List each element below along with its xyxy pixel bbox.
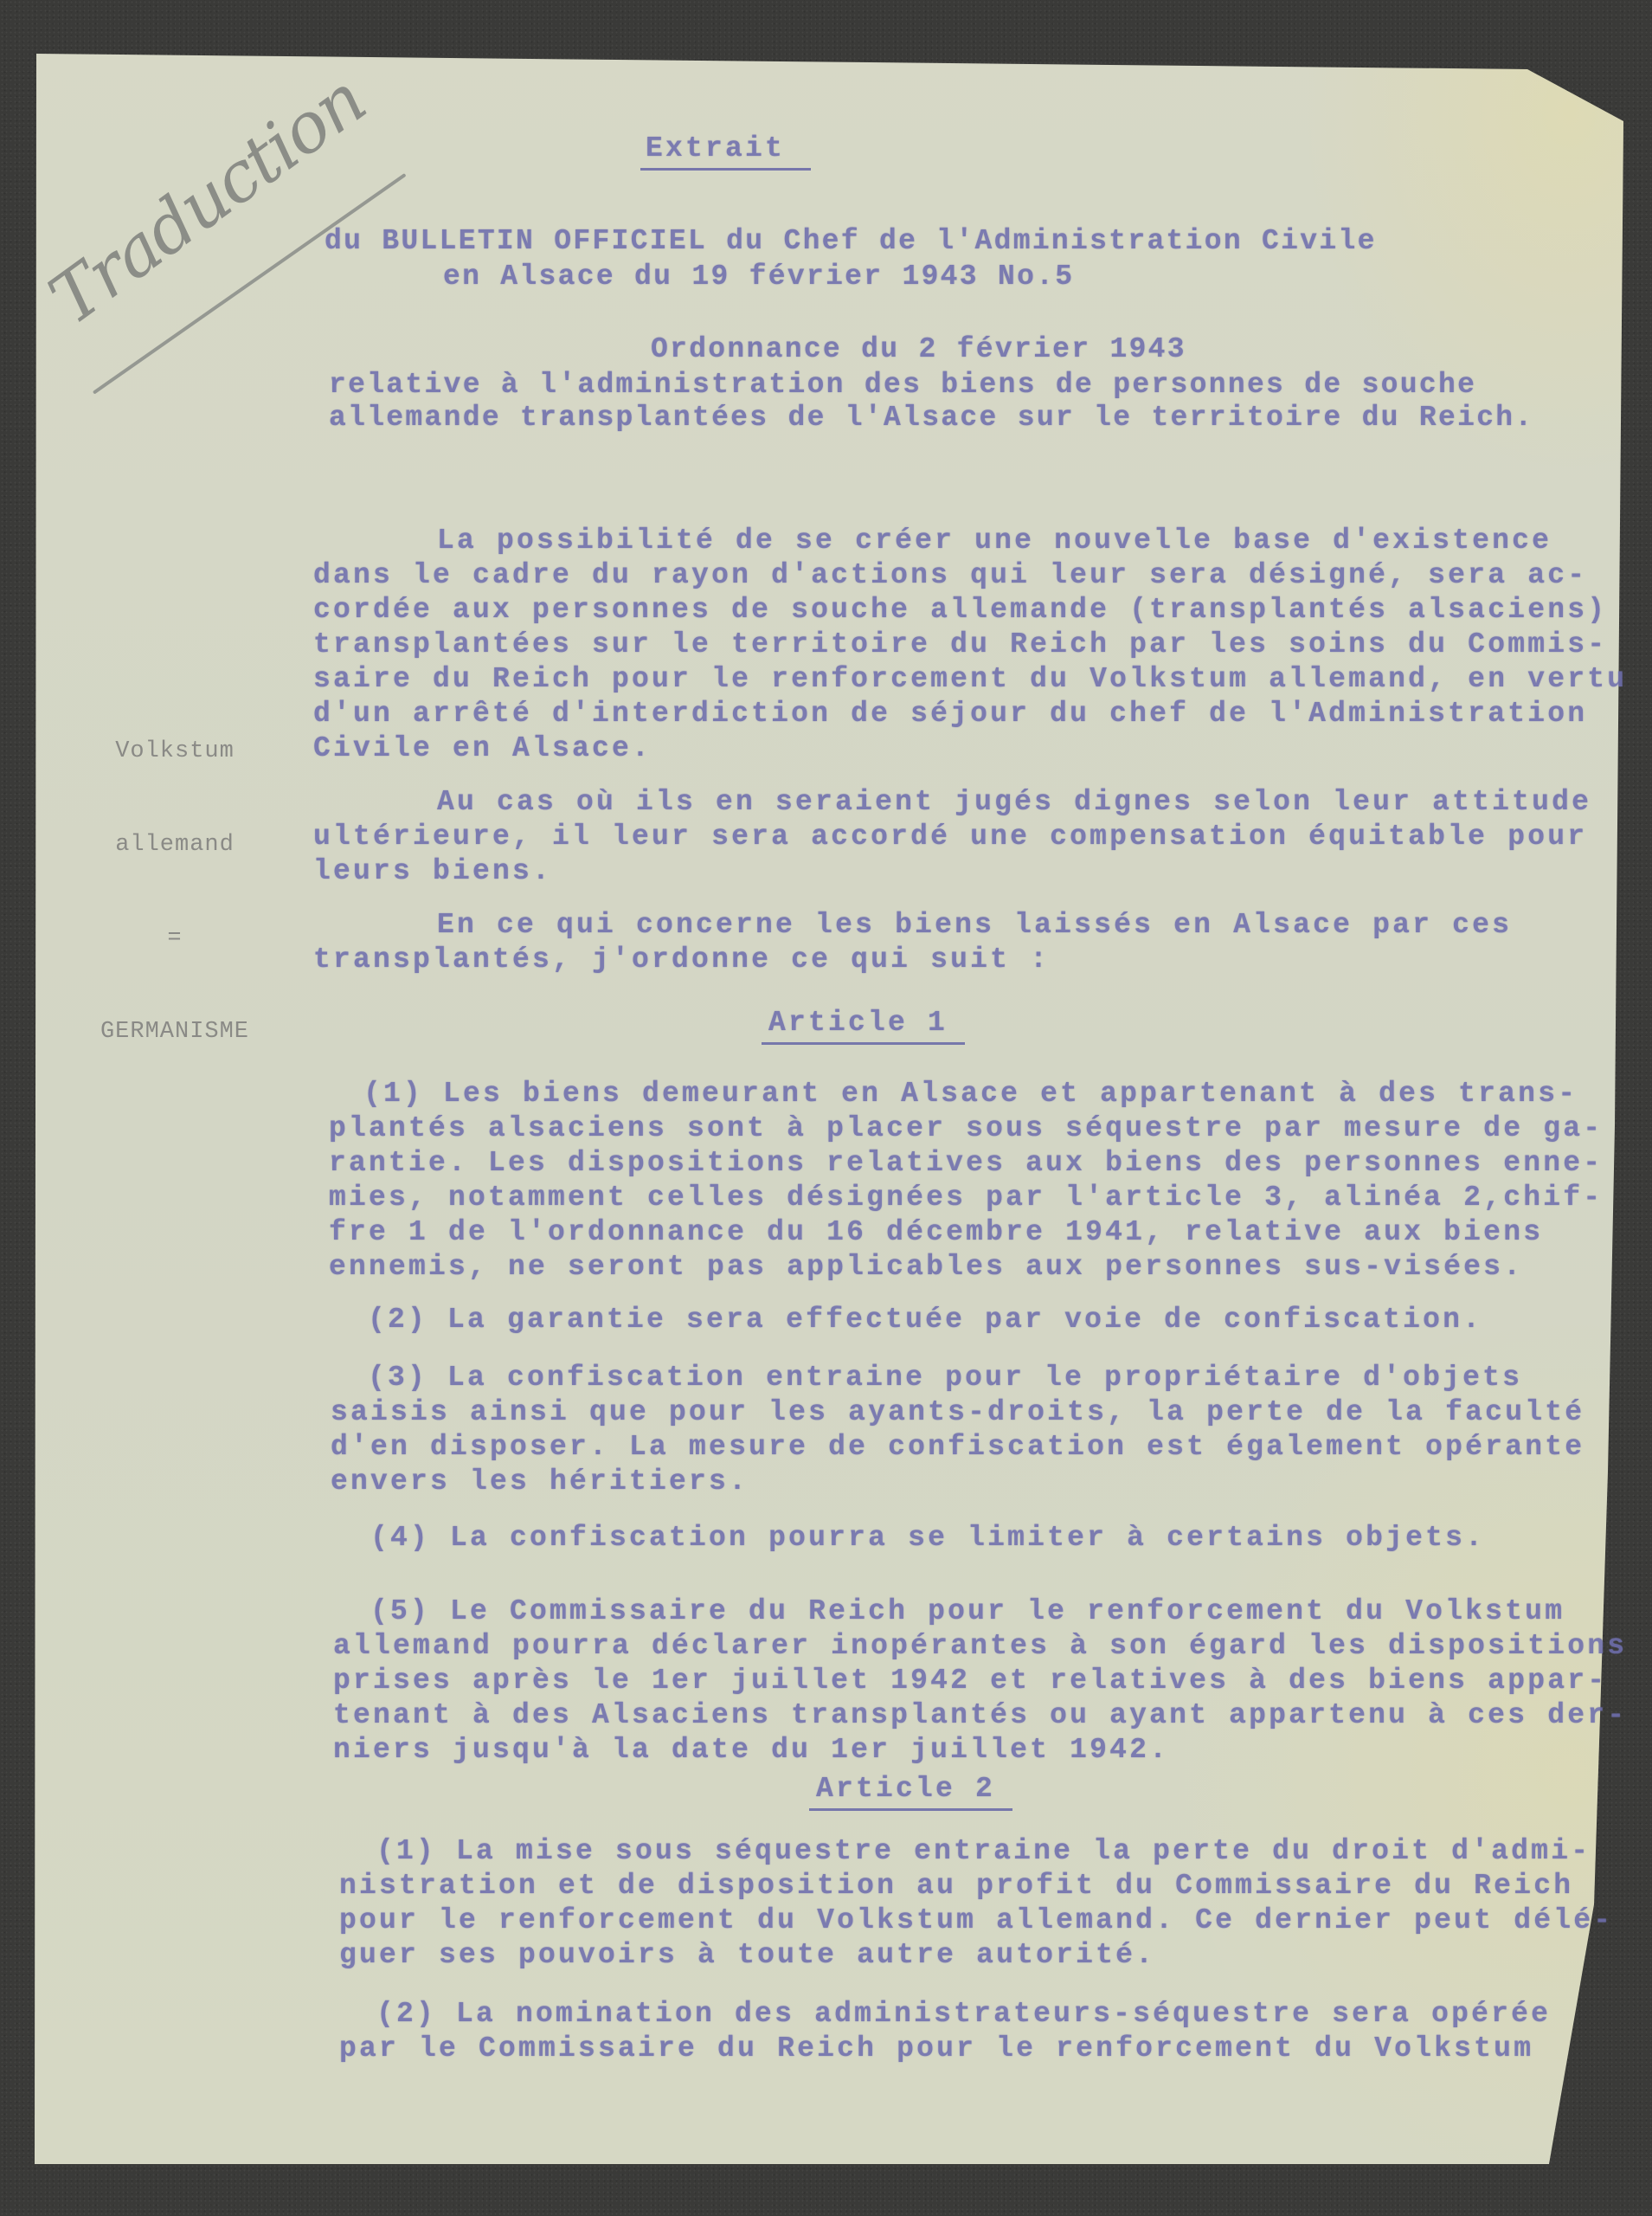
article-heading: Article 1 (762, 1008, 965, 1045)
text-line: (5) Le Commissaire du Reich pour le renf… (370, 1597, 1565, 1626)
text-line: Au cas où ils en seraient jugés dignes s… (437, 788, 1591, 816)
text-line: ennemis, ne seront pas applicables aux p… (329, 1253, 1523, 1281)
text-line: transplantées sur le territoire du Reich… (313, 630, 1607, 659)
text-line: d'en disposer. La mesure de confiscation… (331, 1433, 1585, 1461)
text-line: (2) La nomination des administrateurs-sé… (376, 2000, 1551, 2028)
text-line: allemand pourra déclarer inopérantes à s… (333, 1632, 1627, 1660)
text-line: nistration et de disposition au profit d… (339, 1871, 1573, 1900)
text-line: saire du Reich pour le renforcement du V… (313, 665, 1627, 693)
text-line: d'un arrêté d'interdiction de séjour du … (313, 699, 1587, 728)
text-line: plantés alsaciens sont à placer sous séq… (329, 1114, 1603, 1143)
article-heading: Article 2 (809, 1775, 1012, 1811)
margin-note-line: = (80, 923, 270, 954)
text-line: tenant à des Alsaciens transplantés ou a… (333, 1701, 1627, 1730)
margin-note-line: allemand (80, 829, 270, 860)
text-line: rantie. Les dispositions relatives aux b… (329, 1149, 1603, 1177)
ordinance-subtitle: relative à l'administration des biens de… (329, 370, 1476, 399)
text-line: pour le renforcement du Volkstum alleman… (339, 1906, 1613, 1935)
ordinance-subtitle: allemande transplantées de l'Alsace sur … (329, 403, 1534, 432)
text-line: mies, notamment celles désignées par l'a… (329, 1183, 1603, 1212)
text-line: leurs biens. (313, 857, 552, 886)
extrait-heading: Extrait (640, 134, 811, 171)
margin-note-line: GERMANISME (80, 1016, 270, 1047)
text-line: Civile en Alsace. (313, 734, 652, 763)
text-line: La possibilité de se créer une nouvelle … (437, 526, 1552, 555)
text-line: fre 1 de l'ordonnance du 16 décembre 194… (329, 1218, 1543, 1246)
margin-note: Volkstum allemand = GERMANISME (80, 673, 270, 1079)
text-line: niers jusqu'à la date du 1er juillet 194… (333, 1736, 1169, 1764)
text-line: ultérieure, il leur sera accordé une com… (313, 822, 1587, 851)
text-line: envers les héritiers. (331, 1467, 749, 1496)
text-line: guer ses pouvoirs à toute autre autorité… (339, 1941, 1155, 1969)
text-line: (1) La mise sous séquestre entraine la p… (376, 1837, 1591, 1865)
text-line: transplantés, j'ordonne ce qui suit : (313, 945, 1050, 974)
text-line: (2) La garantie sera effectuée par voie … (368, 1305, 1482, 1334)
text-line: (3) La confiscation entraine pour le pro… (368, 1363, 1522, 1392)
text-line: (1) Les biens demeurant en Alsace et app… (363, 1079, 1578, 1108)
text-line: En ce qui concerne les biens laissés en … (437, 911, 1512, 939)
text-line: cordée aux personnes de souche allemande… (313, 596, 1607, 624)
text-line: saisis ainsi que pour les ayants-droits,… (331, 1398, 1585, 1427)
source-line: en Alsace du 19 février 1943 No.5 (443, 262, 1074, 291)
margin-note-line: Volkstum (80, 736, 270, 767)
source-line: du BULLETIN OFFICIEL du Chef de l'Admini… (325, 227, 1377, 255)
text-line: dans le cadre du rayon d'actions qui leu… (313, 561, 1587, 589)
text-line: prises après le 1er juillet 1942 et rela… (333, 1666, 1607, 1695)
text-line: (4) La confiscation pourra se limiter à … (370, 1523, 1485, 1552)
text-line: par le Commissaire du Reich pour le renf… (339, 2034, 1533, 2063)
ordinance-title: Ordonnance du 2 février 1943 (651, 335, 1186, 364)
